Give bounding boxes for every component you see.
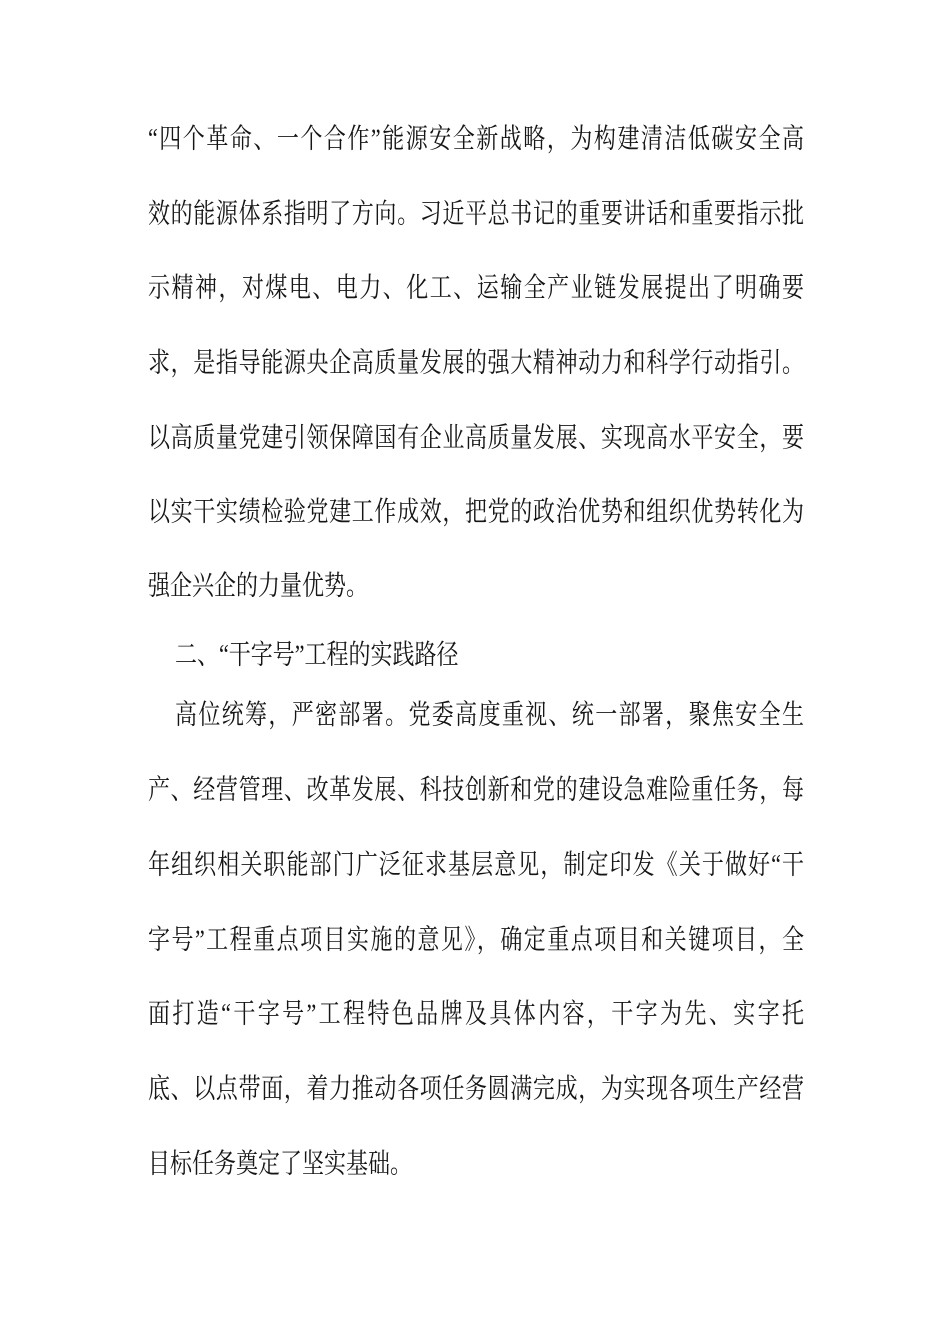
paragraph1-line: 求，是指导能源央企高质量发展的强大精神动力和科学行动指引。 bbox=[148, 345, 804, 380]
paragraph2-line: 高位统筹，严密部署。党委高度重视、统一部署，聚焦安全生 bbox=[148, 697, 804, 732]
paragraph2-line: 年组织相关职能部门广泛征求基层意见，制定印发《关于做好“干 bbox=[148, 847, 804, 882]
paragraph2-line: 产、经营管理、改革发展、科技创新和党的建设急难险重任务，每 bbox=[148, 772, 804, 807]
paragraph2-line: 底、以点带面，着力推动各项任务圆满完成，为实现各项生产经营 bbox=[148, 1071, 804, 1106]
paragraph1-line: 以实干实绩检验党建工作成效，把党的政治优势和组织优势转化为 bbox=[148, 494, 804, 529]
paragraph1-line: 示精神，对煤电、电力、化工、运输全产业链发展提出了明确要 bbox=[148, 270, 804, 305]
document-page: “四个革命、一个合作”能源安全新战略，为构建清洁低碳安全高 效的能源体系指明了方… bbox=[0, 0, 950, 1344]
paragraph2-line: 面打造“干字号”工程特色品牌及具体内容，干字为先、实字托 bbox=[148, 996, 804, 1031]
section-heading: 二、“干字号”工程的实践路径 bbox=[148, 637, 804, 672]
paragraph1-line: 强企兴企的力量优势。 bbox=[148, 568, 804, 603]
paragraph1-line: 以高质量党建引领保障国有企业高质量发展、实现高水平安全，要 bbox=[148, 420, 804, 455]
paragraph2-line: 目标任务奠定了坚实基础。 bbox=[148, 1146, 804, 1181]
paragraph1-line: “四个革命、一个合作”能源安全新战略，为构建清洁低碳安全高 bbox=[148, 121, 804, 156]
paragraph1-line: 效的能源体系指明了方向。习近平总书记的重要讲话和重要指示批 bbox=[148, 196, 804, 231]
paragraph2-line: 字号”工程重点项目实施的意见》，确定重点项目和关键项目，全 bbox=[148, 922, 804, 957]
